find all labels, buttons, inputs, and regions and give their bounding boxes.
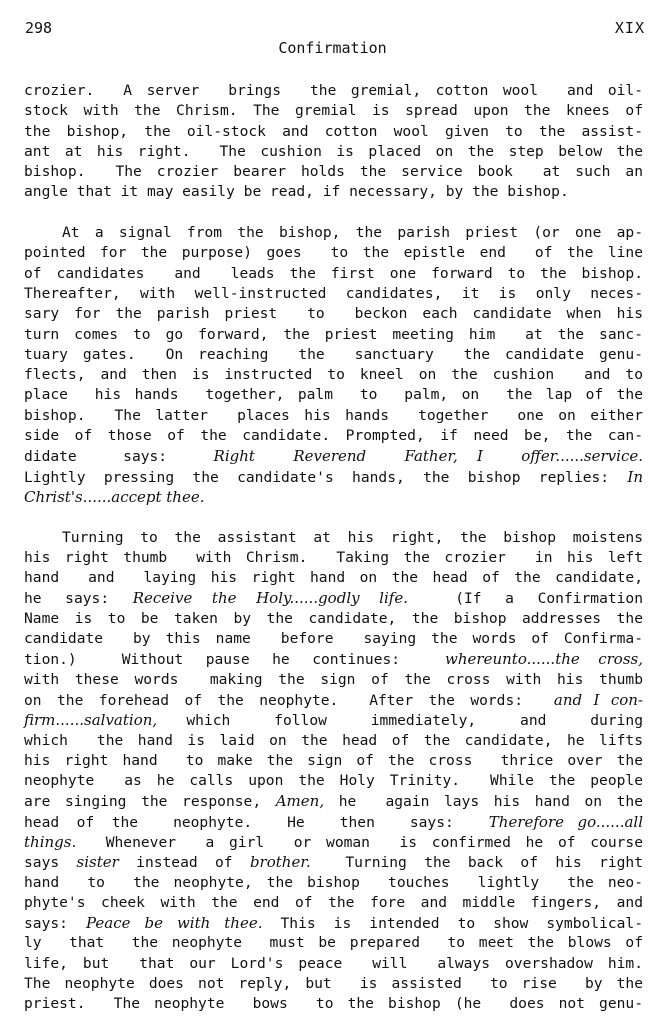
text-line: his right hand to make the sign of the c… <box>24 751 643 771</box>
text-run: Thereafter, with well-instructed candida… <box>24 285 643 302</box>
text-run: flects, and then is instructed to kneel … <box>24 366 643 383</box>
text-line: life, but that our Lord's peace will alw… <box>24 954 643 974</box>
text-line: turn comes to go forward, the priest mee… <box>24 325 643 345</box>
text-line: hand to the neophyte, the bishop touches… <box>24 873 643 893</box>
text-run: ant at his right. The cushion is placed … <box>24 143 643 160</box>
text-line: bishop. The latter places his hands toge… <box>24 406 643 426</box>
text-run: This is intended to show symbolical- <box>263 915 644 932</box>
text-run: which the hand is laid on the head of th… <box>24 732 643 749</box>
body-text: crozier. A server brings the gremial, co… <box>24 81 643 1015</box>
italic-quote: firm......salvation, <box>24 711 157 729</box>
page-number: 298 <box>25 19 52 37</box>
text-run: priest. The neophyte bows to the bishop … <box>24 995 643 1012</box>
running-title: Confirmation <box>0 39 665 57</box>
text-run: Lightly pressing the candidate's hands, … <box>24 469 627 486</box>
italic-quote: Peace be with thee. <box>86 914 263 932</box>
italic-quote: Receive the Holy......godly life. <box>133 589 408 607</box>
text-run: didate says: <box>24 448 214 465</box>
text-run: instead of <box>119 854 250 871</box>
text-run: turn comes to go forward, the priest mee… <box>24 326 643 343</box>
text-run: side of those of the candidate. Prompted… <box>24 427 643 444</box>
text-line: says: Peace be with thee. This is intend… <box>24 913 643 933</box>
text-line: neophyte as he calls upon the Holy Trini… <box>24 771 643 791</box>
text-run: are singing the response, <box>24 793 276 810</box>
text-line: his right thumb with Chrism. Taking the … <box>24 548 643 568</box>
text-run: sary for the parish priest to beckon eac… <box>24 305 643 322</box>
text-line: bishop. The crozier bearer holds the ser… <box>24 162 643 182</box>
text-line: angle that it may easily be read, if nec… <box>24 182 643 202</box>
text-line: ant at his right. The cushion is placed … <box>24 142 643 162</box>
text-run: The neophyte does not reply, but is assi… <box>24 975 643 992</box>
text-line: At a signal from the bishop, the parish … <box>24 223 643 243</box>
text-run: stock with the Chrism. The gremial is sp… <box>24 102 643 119</box>
chapter-number: XIX <box>615 19 645 37</box>
text-line: The neophyte does not reply, but is assi… <box>24 974 643 994</box>
italic-quote: whereunto......the cross, <box>445 650 643 668</box>
text-run: bishop. The crozier bearer holds the ser… <box>24 163 643 180</box>
text-run: Name is to be taken by the candidate, th… <box>24 610 643 627</box>
paragraph: At a signal from the bishop, the parish … <box>24 223 643 507</box>
text-line: pointed for the purpose) goes to the epi… <box>24 243 643 263</box>
italic-quote: Amen, <box>276 792 324 810</box>
text-run: Turning to the assistant at his right, t… <box>62 529 643 546</box>
text-run: which follow immediately, and during <box>157 712 643 729</box>
text-run: life, but that our Lord's peace will alw… <box>24 955 643 972</box>
text-line: which the hand is laid on the head of th… <box>24 731 643 751</box>
text-run: head of the neophyte. He then says: <box>24 814 489 831</box>
text-run: tion.) Without pause he continues: <box>24 651 445 668</box>
text-line: firm......salvation, which follow immedi… <box>24 710 643 730</box>
text-line: Lightly pressing the candidate's hands, … <box>24 467 643 487</box>
text-run: crozier. A server brings the gremial, co… <box>24 82 643 99</box>
document-page: 298 XIX Confirmation crozier. A server b… <box>0 0 665 1033</box>
text-line: says sister instead of brother. Turning … <box>24 852 643 872</box>
text-run: the bishop, the oil-stock and cotton woo… <box>24 123 643 140</box>
text-line: are singing the response, Amen, he again… <box>24 791 643 811</box>
italic-quote: sister <box>77 853 119 871</box>
text-run: ly that the neophyte must be prepared to… <box>24 934 643 951</box>
text-run: hand and laying his right hand on the he… <box>24 569 643 586</box>
text-run: with these words making the sign of the … <box>24 671 643 688</box>
text-line: phyte's cheek with the end of the fore a… <box>24 893 643 913</box>
text-run: (If a Confirmation <box>408 590 643 607</box>
italic-quote: and I con- <box>554 691 643 709</box>
text-line: place his hands together, palm to palm, … <box>24 385 643 405</box>
text-run: he says: <box>24 590 133 607</box>
text-run: angle that it may easily be read, if nec… <box>24 183 569 200</box>
text-run: pointed for the purpose) goes to the epi… <box>24 244 643 261</box>
text-line: he says: Receive the Holy......godly lif… <box>24 588 643 608</box>
text-run: his right hand to make the sign of the c… <box>24 752 643 769</box>
italic-quote: In <box>627 468 643 486</box>
text-line: tuary gates. On reaching the sanctuary t… <box>24 345 643 365</box>
text-line: sary for the parish priest to beckon eac… <box>24 304 643 324</box>
text-run: hand to the neophyte, the bishop touches… <box>24 874 643 891</box>
text-run: says: <box>24 915 86 932</box>
text-run: place his hands together, palm to palm, … <box>24 386 643 403</box>
paragraph: Turning to the assistant at his right, t… <box>24 528 643 1015</box>
text-run: his right thumb with Chrism. Taking the … <box>24 549 643 566</box>
text-run: says <box>24 854 77 871</box>
text-line: head of the neophyte. He then says: Ther… <box>24 812 643 832</box>
text-run: tuary gates. On reaching the sanctuary t… <box>24 346 643 363</box>
text-line: candidate by this name before saying the… <box>24 629 643 649</box>
text-line: of candidates and leads the first one fo… <box>24 264 643 284</box>
text-line: Turning to the assistant at his right, t… <box>24 528 643 548</box>
text-line: Thereafter, with well-instructed candida… <box>24 284 643 304</box>
text-line: flects, and then is instructed to kneel … <box>24 365 643 385</box>
text-line: the bishop, the oil-stock and cotton woo… <box>24 122 643 142</box>
italic-quote: Right Reverend Father, I offer......serv… <box>214 447 643 465</box>
paragraph: crozier. A server brings the gremial, co… <box>24 81 643 203</box>
text-line: hand and laying his right hand on the he… <box>24 568 643 588</box>
text-line: didate says: Right Reverend Father, I of… <box>24 446 643 466</box>
text-run: bishop. The latter places his hands toge… <box>24 407 643 424</box>
text-run: At a signal from the bishop, the parish … <box>62 224 643 241</box>
text-run: on the forehead of the neophyte. After t… <box>24 692 554 709</box>
text-run: he again lays his hand on the <box>324 793 643 810</box>
italic-quote: things. <box>24 833 76 851</box>
text-line: side of those of the candidate. Prompted… <box>24 426 643 446</box>
text-line: tion.) Without pause he continues: where… <box>24 649 643 669</box>
text-run: of candidates and leads the first one fo… <box>24 265 643 282</box>
italic-quote: Christ's......accept thee. <box>24 488 205 506</box>
text-line: on the forehead of the neophyte. After t… <box>24 690 643 710</box>
text-line: stock with the Chrism. The gremial is sp… <box>24 101 643 121</box>
italic-quote: Therefore go......all <box>489 813 643 831</box>
italic-quote: brother. <box>250 853 311 871</box>
text-line: things. Whenever a girl or woman is conf… <box>24 832 643 852</box>
text-run: Turning the back of his right <box>311 854 643 871</box>
text-line: ly that the neophyte must be prepared to… <box>24 933 643 953</box>
text-line: with these words making the sign of the … <box>24 670 643 690</box>
text-line: priest. The neophyte bows to the bishop … <box>24 994 643 1014</box>
text-line: Christ's......accept thee. <box>24 487 643 507</box>
text-line: crozier. A server brings the gremial, co… <box>24 81 643 101</box>
text-run: Whenever a girl or woman is confirmed he… <box>76 834 643 851</box>
text-run: candidate by this name before saying the… <box>24 630 643 647</box>
text-run: neophyte as he calls upon the Holy Trini… <box>24 772 643 789</box>
text-run: phyte's cheek with the end of the fore a… <box>24 894 643 911</box>
text-line: Name is to be taken by the candidate, th… <box>24 609 643 629</box>
